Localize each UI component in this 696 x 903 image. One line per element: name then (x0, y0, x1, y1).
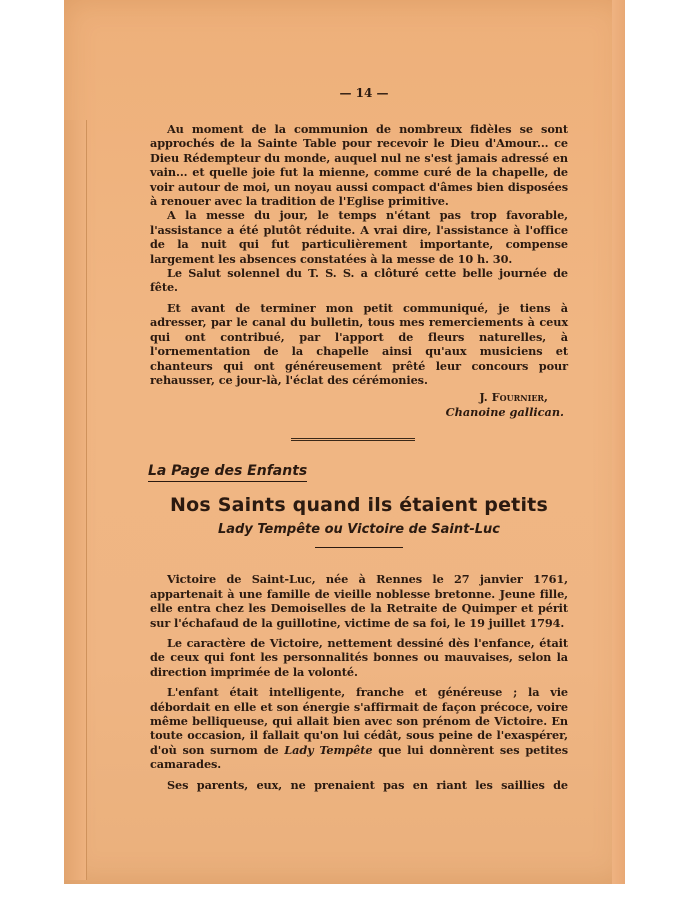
article-subtitle: Lady Tempête ou Victoire de Saint-Luc (150, 522, 568, 537)
article-paragraph: Le caractère de Victoire, nettement dess… (150, 636, 568, 679)
signature-block: J. Fournier, Chanoine gallican. (150, 390, 568, 420)
article-title: Nos Saints quand ils étaient petits (150, 494, 568, 516)
paper-fold-edge (64, 120, 87, 880)
nickname-italic: Lady Tempête (284, 743, 372, 757)
page-number: — 14 — (160, 86, 568, 100)
article-body: Victoire de Saint-Luc, née à Rennes le 2… (150, 572, 568, 792)
section-divider (291, 438, 415, 441)
section-label: La Page des Enfants (148, 463, 307, 482)
letter-paragraph: Le Salut solennel du T. S. S. a clôturé … (150, 266, 568, 295)
letter-body: Au moment de la communion de nombreux fi… (150, 122, 568, 420)
article-paragraph: Ses parents, eux, ne prenaient pas en ri… (150, 778, 568, 792)
signature-title: Chanoine gallican. (150, 405, 564, 420)
letter-paragraph: A la messe du jour, le temps n'étant pas… (150, 208, 568, 266)
letter-paragraph: Au moment de la communion de nombreux fi… (150, 122, 568, 208)
title-underline (315, 547, 403, 548)
article-paragraph: L'enfant était intelligente, franche et … (150, 685, 568, 771)
article-paragraph: Victoire de Saint-Luc, née à Rennes le 2… (150, 572, 568, 630)
page-content: — 14 — Au moment de la communion de nomb… (150, 86, 568, 792)
letter-paragraph: Et avant de terminer mon petit communiqu… (150, 301, 568, 387)
paper-right-edge (612, 0, 625, 884)
signature-name: J. Fournier, (150, 390, 548, 405)
